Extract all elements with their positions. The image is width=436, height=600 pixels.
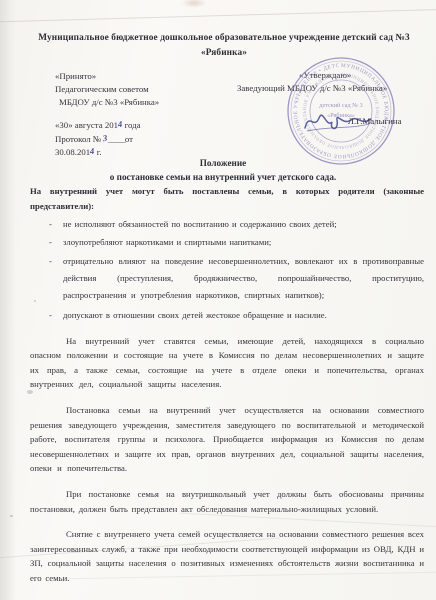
list-item: допускают в отношении своих детей жесток… — [30, 308, 424, 323]
meeting-date-tail: года — [122, 120, 140, 130]
protocol-blank-line: _____ — [108, 134, 125, 144]
body-paragraph: На внутренний учет ставятся семьи, имеющ… — [30, 334, 424, 392]
bullet-list: не исполняют обязанностей по воспитанию … — [30, 217, 424, 323]
intro-paragraph: На внутренний учет могут быть поставлены… — [30, 184, 424, 214]
accepted-by-line1: Педагогическим советом — [55, 83, 159, 96]
institution-title-line1: Муниципальное бюджетное дошкольное образ… — [36, 31, 412, 46]
body-paragraph: Снятие с внутреннего учета семей осущест… — [30, 527, 424, 585]
accepted-block: «Принято» Педагогическим советом МБДОУ д… — [55, 70, 159, 108]
list-item: не исполняют обязанностей по воспитанию … — [30, 217, 424, 232]
list-item: отрицательно влияют на поведение несовер… — [30, 253, 424, 305]
protocol-label: Протокол № — [55, 134, 101, 144]
scan-edge-shadow — [0, 0, 16, 600]
document-heading-line2: о постановке семьи на внутренний учет де… — [30, 170, 416, 184]
accepted-by-line2: МБДОУ д/с №3 «Рябинка» — [55, 96, 159, 109]
meeting-date-line: «30» августа 2014 года — [55, 119, 141, 133]
body-paragraph: При постановке семья на внутришкольный у… — [30, 487, 424, 516]
accepted-label: «Принято» — [55, 70, 159, 83]
protocol-line: Протокол № 3_____от — [55, 133, 141, 147]
list-item: злоупотребляют наркотиками и спиртными н… — [30, 235, 424, 250]
document-body: На внутренний учет могут быть поставлены… — [30, 184, 424, 586]
accepted-dates-block: «30» августа 2014 года Протокол № 3_____… — [55, 119, 141, 160]
paper-crease — [0, 8, 436, 22]
paper-smudge — [181, 0, 207, 8]
document-heading: Положение о постановке семьи на внутренн… — [30, 156, 416, 185]
body-paragraph: Постановка семьи на внутренний учет осущ… — [30, 403, 424, 476]
paper-speck — [10, 515, 13, 517]
meeting-date-printed: «30» августа 201 — [55, 120, 118, 130]
signer-name: Л.Г.Малыгина — [348, 116, 402, 126]
protocol-tail: от — [125, 134, 133, 144]
scanned-document-page: Муниципальное бюджетное дошкольное образ… — [0, 0, 436, 600]
document-heading-line1: Положение — [30, 156, 416, 170]
